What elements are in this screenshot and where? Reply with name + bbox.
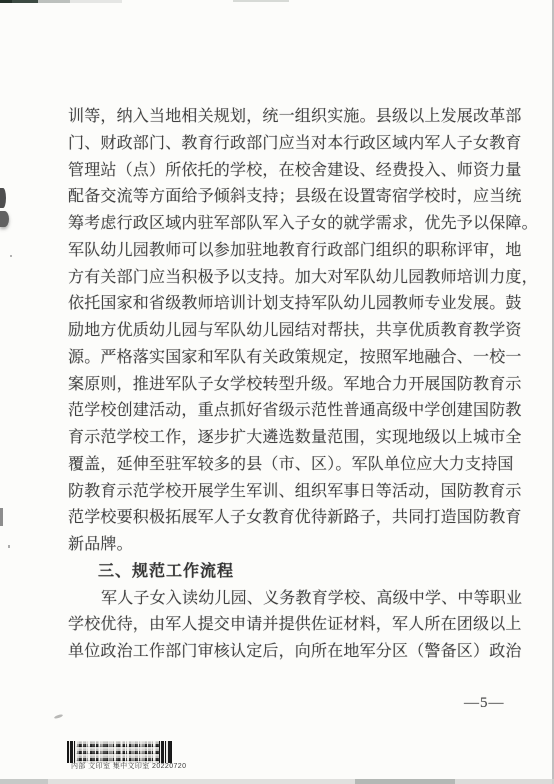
text-line: 管理站（点）所依托的学校，在校舍建设、经费投入、师资力量 <box>68 158 508 185</box>
text-line: 军队幼儿园教师可以参加驻地教育行政部门组织的职称评审，地 <box>68 238 508 265</box>
text-line: 门、财政部门、教育行政部门应当对本行政区域内军人子女教育 <box>68 131 508 158</box>
text-line: 范学校创建活动，重点抓好省级示范性普通高级中学创建国防教 <box>68 398 508 425</box>
text-line: 训等，纳入当地相关规划，统一组织实施。县级以上发展改革部 <box>68 104 508 131</box>
text-line: 覆盖，延伸至驻军较多的县（市、区）。军队单位应大力支持国 <box>68 452 508 479</box>
paragraph-end-line: 新品牌。 <box>68 532 508 559</box>
scan-artifact-dot <box>8 545 10 548</box>
text-line: 学校优待，由军人提交申请并提供佐证材料，军人所在团级以上 <box>68 612 508 639</box>
document-body: 训等，纳入当地相关规划，统一组织实施。县级以上发展改革部 门、财政部门、教育行政… <box>68 104 508 666</box>
scan-artifact-tick <box>0 508 3 526</box>
text-line: 依托国家和省级教师培训计划支持军队幼儿园教师专业发展。鼓 <box>68 291 508 318</box>
scan-artifact-bottom-edge <box>0 779 554 784</box>
scan-artifact-mark <box>54 714 63 720</box>
paragraph-first-line: 军人子女入读幼儿园、义务教育学校、高级中学、中等职业 <box>68 586 508 613</box>
text-line: 源。严格落实国家和军队有关政策规定，按照军地融合、一校一 <box>68 345 508 372</box>
scan-artifact-top-edge <box>233 0 289 2</box>
text-line: 筹考虑行政区域内驻军部队军入子女的就学需求，优先予以保障。 <box>68 211 508 238</box>
scan-artifact-dot <box>10 255 12 257</box>
scan-artifact-blob <box>0 188 6 208</box>
barcode-image <box>67 741 172 763</box>
text-line: 配备交流等方面给予倾斜支持；县级在设置寄宿学校时，应当统 <box>68 184 508 211</box>
section-heading: 三、规范工作流程 <box>68 559 508 586</box>
scan-artifact-blob <box>0 211 9 227</box>
text-line: 育示范学校工作，逐步扩大遴选数量范围，实现地级以上城市全 <box>68 425 508 452</box>
text-line: 励地方优质幼儿园与军队幼儿园结对帮扶，共享优质教育教学资 <box>68 318 508 345</box>
barcode-noise-pattern <box>76 741 159 763</box>
scanned-document-page: 训等，纳入当地相关规划，统一组织实施。县级以上发展改革部 门、财政部门、教育行政… <box>0 0 554 784</box>
text-line: 范学校要积极拓展军人子女教育优待新路子，共同打造国防教育 <box>68 505 508 532</box>
text-line: 方有关部门应当积极予以支持。加大对军队幼儿园教师培训力度， <box>68 265 508 292</box>
scan-artifact-right-line <box>552 0 554 784</box>
text-line: 防教育示范学校开展学生军训、组织军事日等活动，国防教育示 <box>68 479 508 506</box>
barcode-caption: 内部 文印室 集中文印室 20220720 <box>71 762 181 771</box>
text-line: 案原则，推进军队子女学校转型升级。军地合力开展国防教育示 <box>68 372 508 399</box>
text-line: 单位政治工作部门审核认定后，向所在地军分区（警备区）政治 <box>68 639 508 666</box>
page-number: —5— <box>464 695 505 712</box>
scan-artifact-top-edge <box>0 0 122 3</box>
